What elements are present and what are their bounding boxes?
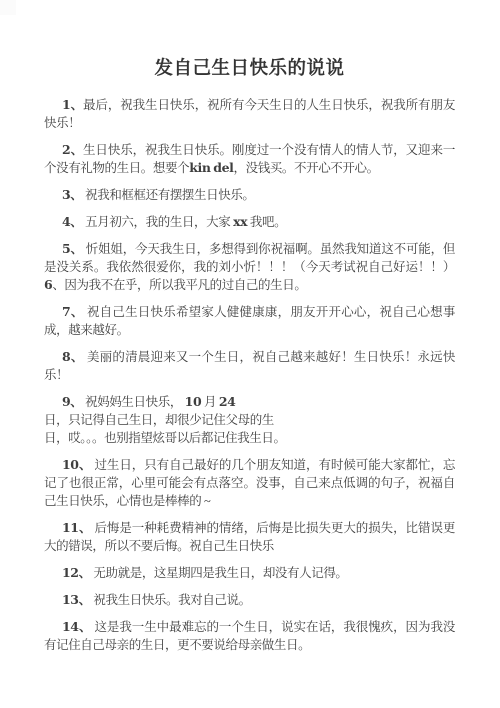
- item-text: 祝自己生日快乐希望家人健健康康，朋友开开心心，祝自己心想事成，越来越好。: [44, 305, 455, 337]
- list-item: 4、 五月初六，我的生日，大家 xx 我吧。: [44, 213, 455, 231]
- list-item: 5、 忻姐姐，今天我生日，多想得到你祝福啊。虽然我知道这不可能，但是没关系。我依…: [44, 240, 455, 294]
- list-item: 10、 过生日，只有自己最好的几个朋友知道，有时候可能大家都忙，忘记了也很正常，…: [44, 456, 455, 510]
- document-title: 发自己生日快乐的说说: [44, 56, 455, 82]
- list-item: 3、 祝我和框框还有摆摆生日快乐。: [44, 186, 455, 204]
- item-number: 4、: [62, 214, 82, 229]
- list-item: 2、生日快乐，祝我生日快乐。刚度过一个没有情人的情人节，又迎来一个没有礼物的生日…: [44, 141, 455, 177]
- item-text: 五月初六，我的生日，大家 xx 我吧。: [82, 215, 286, 229]
- item-text: 这是我一生中最难忘的一个生日，说实在话，我很愧疚，因为我没有记住自己母亲的生日，…: [44, 620, 455, 652]
- item-number: 8、: [62, 349, 84, 364]
- item-number: 13、: [62, 592, 91, 607]
- item-number: 12、: [62, 565, 91, 580]
- item-number: 7、: [62, 304, 84, 319]
- item-text: 忻姐姐，今天我生日，多想得到你祝福啊。虽然我知道这不可能，但是没关系。我依然很爱…: [44, 242, 458, 292]
- item-number: 1、: [62, 97, 83, 112]
- item-number: 5、: [62, 241, 83, 256]
- list-item: 8、 美丽的清晨迎来又一个生日，祝自己越来越好！生日快乐！永远快乐！: [44, 348, 455, 384]
- corner-artifact: [0, 0, 16, 15]
- item-text: 生日快乐，祝我生日快乐。刚度过一个没有情人的情人节，又迎来一个没有礼物的生日。想…: [44, 143, 455, 175]
- item-number: 3、: [62, 187, 82, 202]
- item-number: 14、: [62, 619, 91, 634]
- list-item: 1、最后，祝我生日快乐，祝所有今天生日的人生日快乐，祝我所有朋友快乐！: [44, 96, 455, 132]
- item-number: 9、: [62, 394, 82, 409]
- item-text: 后悔是一种耗费精神的情绪，后悔是比损失更大的损失，比错误更大的错误，所以不要后悔…: [44, 521, 455, 553]
- item-text: 美丽的清晨迎来又一个生日，祝自己越来越好！生日快乐！永远快乐！: [44, 350, 455, 382]
- item-text: 最后，祝我生日快乐，祝所有今天生日的人生日快乐，祝我所有朋友快乐！: [44, 98, 455, 130]
- list-item: 12、 无助就是，这星期四是我生日，却没有人记得。: [44, 564, 455, 582]
- item-text: 祝我生日快乐。我对自己说。: [91, 593, 251, 607]
- item-text: 过生日，只有自己最好的几个朋友知道，有时候可能大家都忙，忘记了也很正常，心里可能…: [44, 458, 455, 508]
- list-item: 14、 这是我一生中最难忘的一个生日，说实在话，我很愧疚，因为我没有记住自己母亲…: [44, 618, 455, 654]
- item-number: 10、: [62, 457, 91, 472]
- item-number: 2、: [62, 142, 83, 157]
- document-page: 发自己生日快乐的说说 1、最后，祝我生日快乐，祝所有今天生日的人生日快乐，祝我所…: [0, 0, 500, 708]
- list-item: 7、 祝自己生日快乐希望家人健健康康，朋友开开心心，祝自己心想事成，越来越好。: [44, 303, 455, 339]
- list-item: 13、 祝我生日快乐。我对自己说。: [44, 591, 455, 609]
- item-number: 11、: [62, 520, 91, 535]
- item-text: 祝我和框框还有摆摆生日快乐。: [82, 188, 254, 202]
- list-item: 9、 祝妈妈生日快乐， 10 月 24 日，只记得自己生日，却很少记住父母的生 …: [44, 393, 455, 447]
- list-item: 11、 后悔是一种耗费精神的情绪，后悔是比损失更大的损失，比错误更大的错误，所以…: [44, 519, 455, 555]
- paragraph-list: 1、最后，祝我生日快乐，祝所有今天生日的人生日快乐，祝我所有朋友快乐！ 2、生日…: [44, 96, 455, 654]
- item-text: 无助就是，这星期四是我生日，却没有人记得。: [91, 566, 348, 580]
